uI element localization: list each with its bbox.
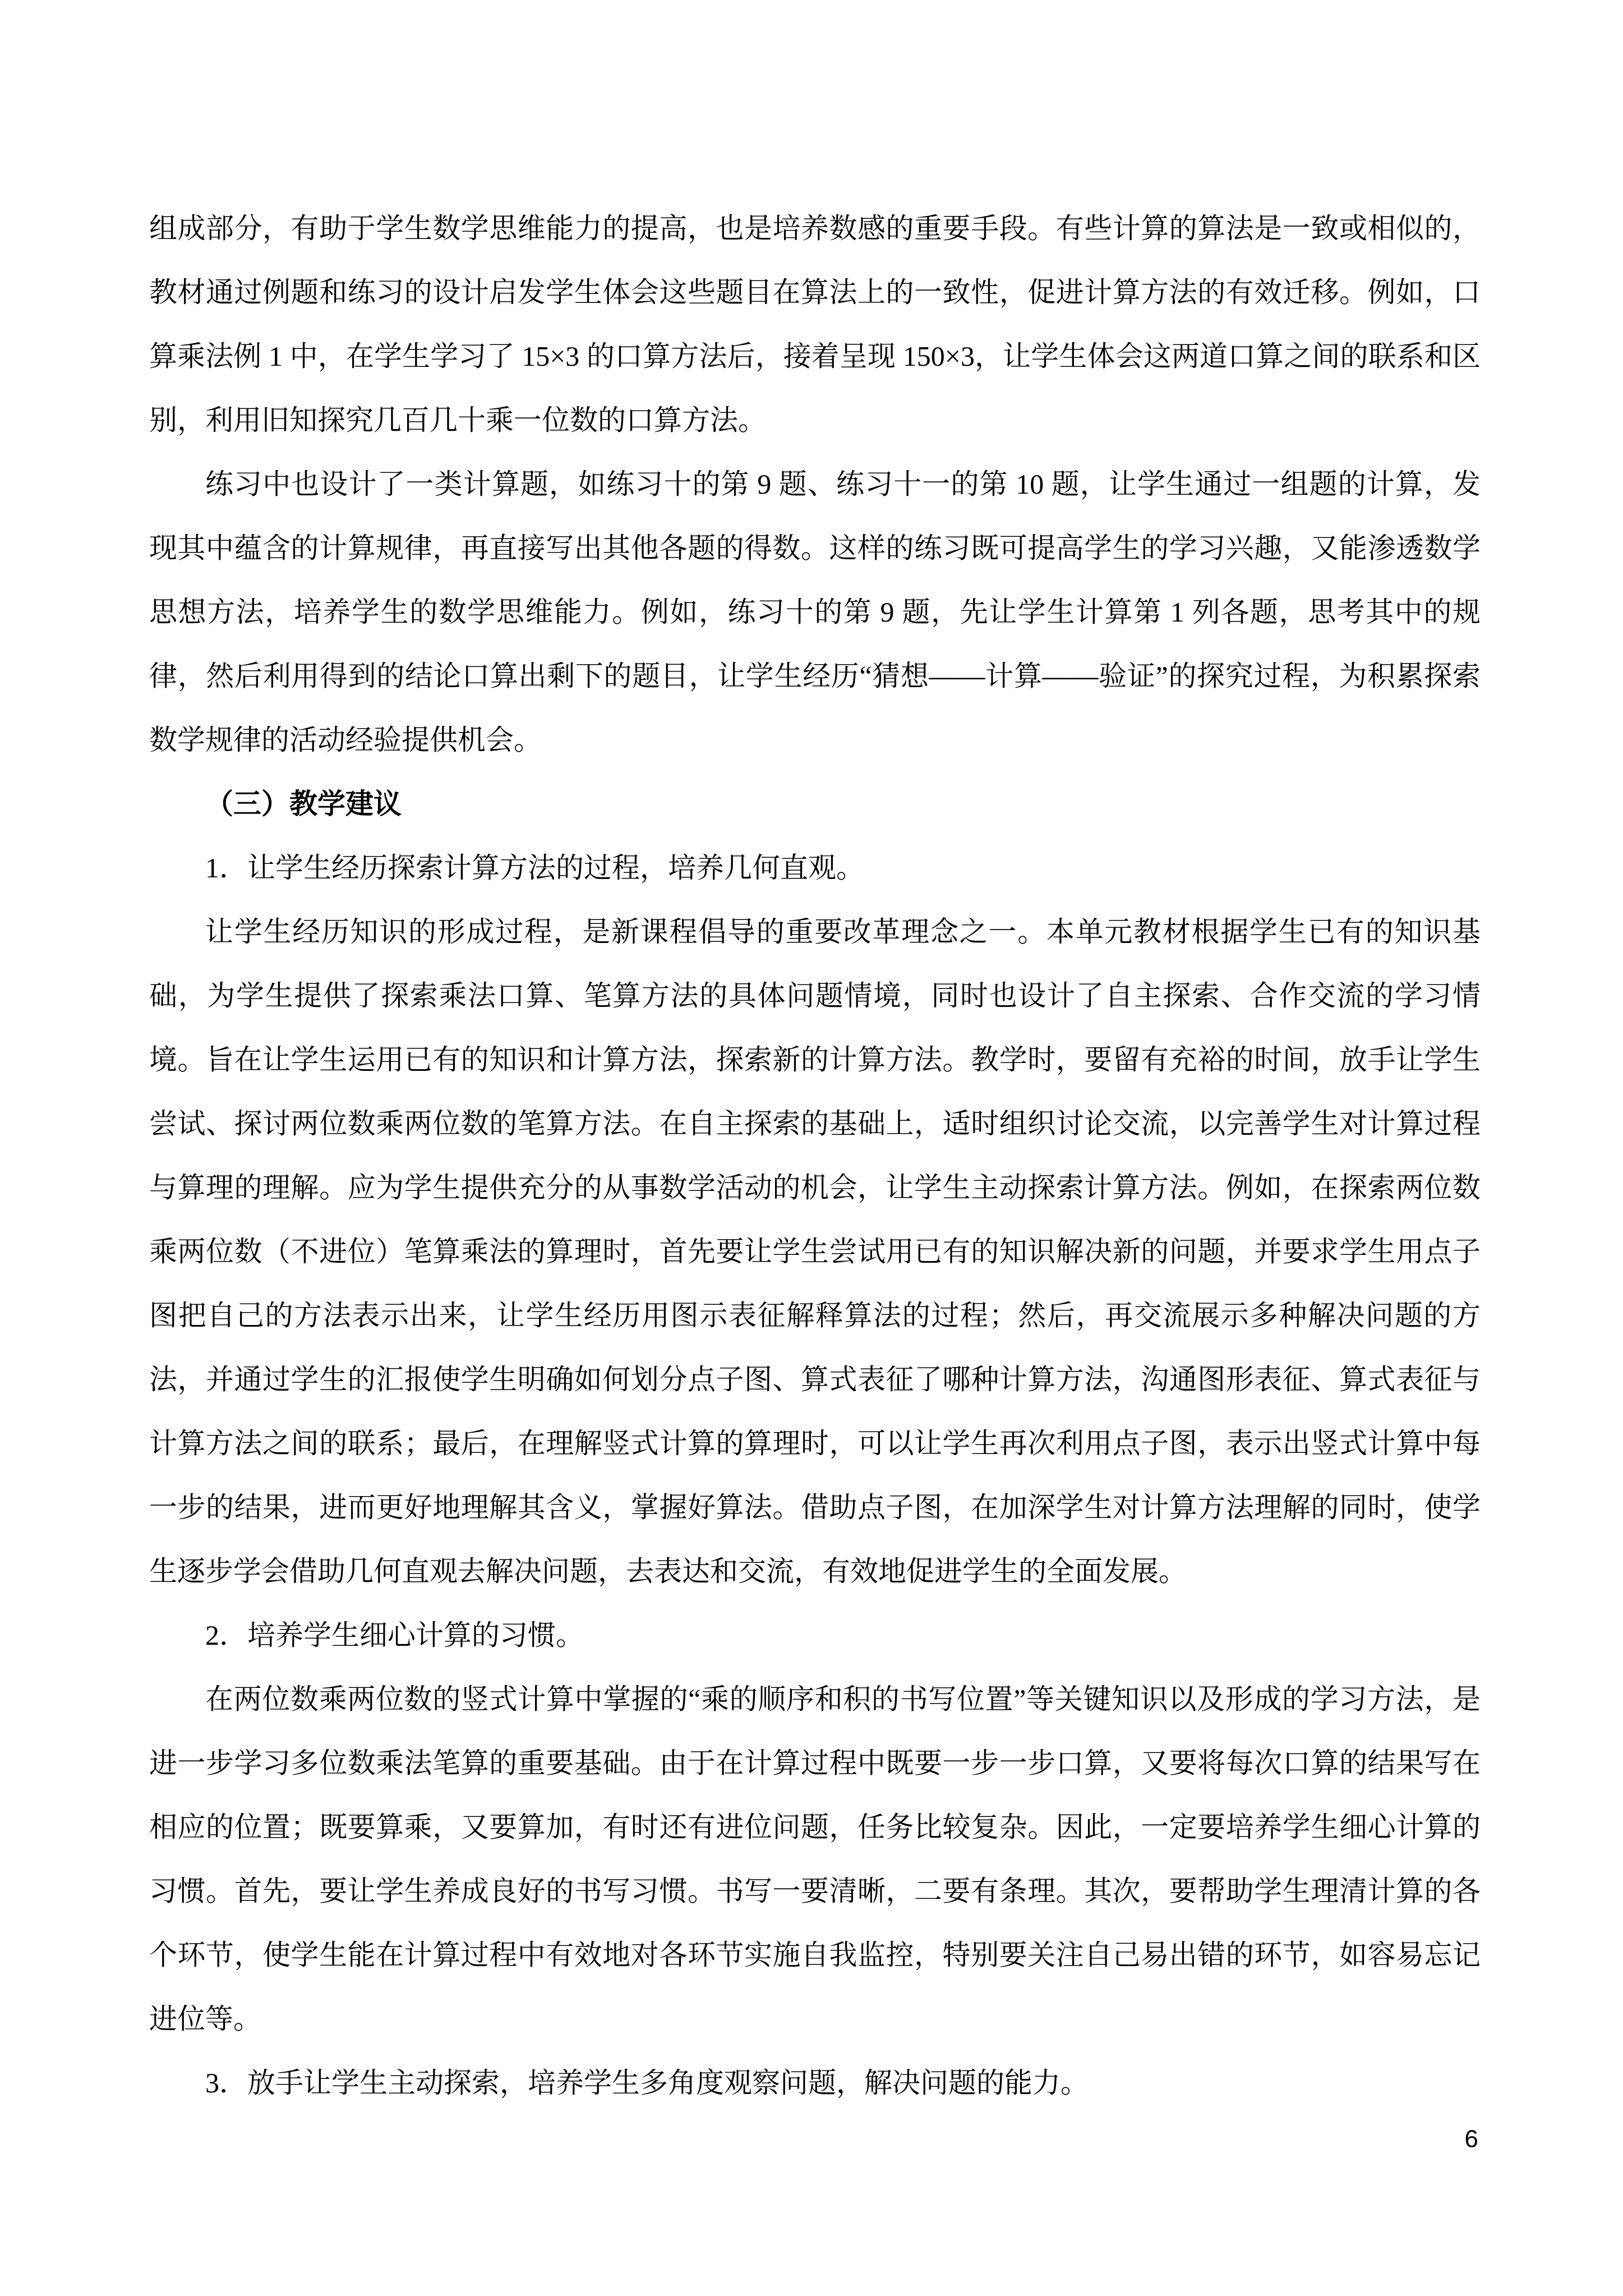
numbered-item: 3．放手让学生主动探索，培养学生多角度观察问题，解决问题的能力。 [149,2051,1481,2115]
numbered-item: 1．让学生经历探索计算方法的过程，培养几何直观。 [149,836,1481,900]
document-body: 组成部分，有助于学生数学思维能力的提高，也是培养数感的重要手段。有些计算的算法是… [149,196,1481,2115]
paragraph: 组成部分，有助于学生数学思维能力的提高，也是培养数感的重要手段。有些计算的算法是… [149,196,1481,452]
document-page: 组成部分，有助于学生数学思维能力的提高，也是培养数感的重要手段。有些计算的算法是… [0,0,1623,2296]
paragraph: 让学生经历知识的形成过程，是新课程倡导的重要改革理念之一。本单元教材根据学生已有… [149,900,1481,1603]
numbered-item: 2．培养学生细心计算的习惯。 [149,1603,1481,1667]
section-heading: （三）教学建议 [149,772,1481,836]
paragraph: 在两位数乘两位数的竖式计算中掌握的“乘的顺序和积的书写位置”等关键知识以及形成的… [149,1667,1481,2051]
page-number: 6 [0,2125,1623,2154]
paragraph: 练习中也设计了一类计算题，如练习十的第 9 题、练习十一的第 10 题，让学生通… [149,452,1481,772]
